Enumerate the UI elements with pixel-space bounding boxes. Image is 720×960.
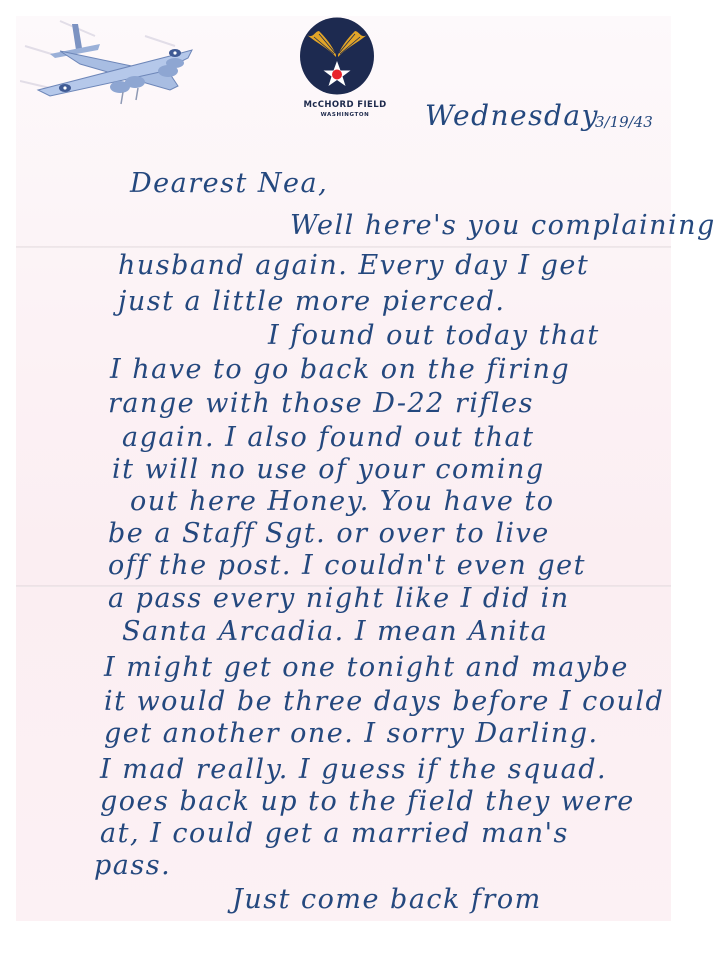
salutation: Dearest Nea,: [130, 170, 328, 197]
letter-line: again. I also found out that: [122, 424, 535, 451]
letterhead-state: WASHINGTON: [290, 112, 400, 118]
letter-line: Just come back from: [232, 886, 542, 913]
letter-line: goes back up to the field they were: [100, 788, 635, 815]
letter-line: Santa Arcadia. I mean Anita: [122, 618, 548, 645]
letter-line: range with those D-22 rifles: [108, 390, 534, 417]
letter-line: out here Honey. You have to: [130, 488, 555, 515]
army-air-forces-emblem-icon: [299, 17, 375, 95]
letter-line: it will no use of your coming: [112, 456, 545, 483]
letter-line: be a Staff Sgt. or over to live: [108, 520, 550, 547]
letter-line: at, I could get a married man's: [100, 820, 569, 847]
letter-line: a pass every night like I did in: [108, 585, 570, 612]
letterhead-field-name: McCHORD FIELD: [290, 100, 400, 110]
letter-line: I mad really. I guess if the squad.: [100, 756, 607, 783]
letter-line: I found out today that: [268, 322, 600, 349]
letter-line: get another one. I sorry Darling.: [104, 720, 599, 747]
letter-line: I might get one tonight and maybe: [104, 654, 629, 681]
letter-line: off the post. I couldn't even get: [108, 552, 586, 579]
letter-line: pass.: [94, 852, 171, 879]
letter-line: it would be three days before I could: [104, 688, 664, 715]
letter-line: Well here's you complaining: [290, 212, 716, 239]
bomber-airplane-icon: [20, 16, 200, 106]
letter-line: just a little more pierced.: [118, 288, 506, 315]
date-numeric: 3/19/43: [595, 115, 653, 130]
letter-line: husband again. Every day I get: [118, 252, 589, 279]
paper-fold-line: [16, 246, 671, 248]
date-weekday: Wednesday: [425, 102, 599, 130]
letter-line: I have to go back on the firing: [110, 356, 570, 383]
